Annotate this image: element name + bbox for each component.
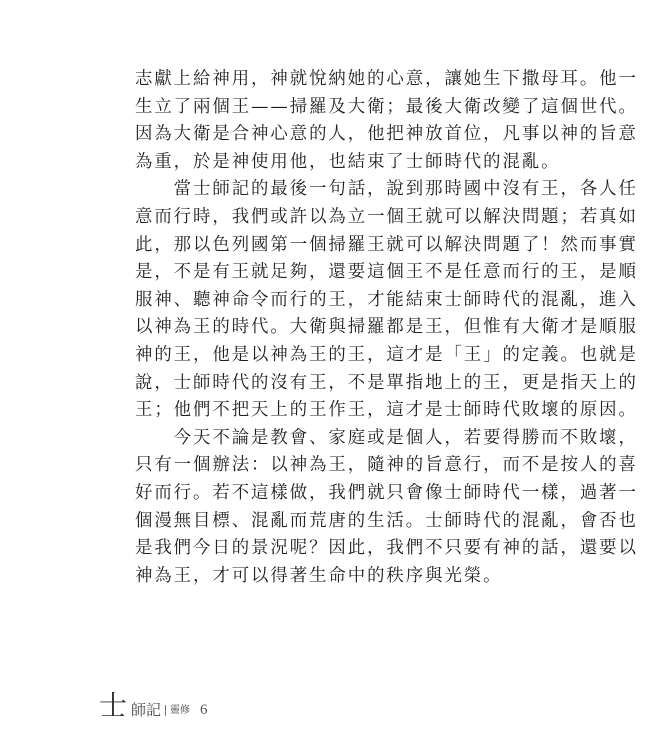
text-line: 是我們今日的景況呢？因此，我們不只要有神的話，還要以 bbox=[135, 535, 527, 563]
text-line: 此，那以色列國第一個掃羅王就可以解決問題了！然而事實 bbox=[135, 232, 527, 260]
text-line: 是，不是有王就足夠，還要這個王不是任意而行的王，是順 bbox=[135, 259, 527, 287]
text-line: 神的王，他是以神為王的王，這才是「王」的定義。也就是 bbox=[135, 342, 527, 370]
text-line: 神為王，才可以得著生命中的秩序與光榮。 bbox=[135, 563, 527, 591]
page-footer: 士 師記 靈修 6 bbox=[99, 690, 208, 720]
text-line: 只有一個辦法：以神為王，隨神的旨意行，而不是按人的喜 bbox=[135, 452, 527, 480]
text-line: 個漫無目標、混亂而荒唐的生活。士師時代的混亂，會否也 bbox=[135, 508, 527, 536]
book-page: 志獻上給神用，神就悅納她的心意，讓她生下撒母耳。他一 生立了兩個王——掃羅及大衛… bbox=[0, 0, 650, 750]
text-line: 好而行。若不這樣做，我們就只會像士師時代一樣，過著一 bbox=[135, 480, 527, 508]
text-line: 王；他們不把天上的王作王，這才是士師時代敗壞的原因。 bbox=[135, 397, 527, 425]
page-number: 6 bbox=[200, 702, 208, 720]
footer-divider bbox=[165, 705, 166, 716]
text-line: 因為大衛是合神心意的人，他把神放首位，凡事以神的旨意 bbox=[135, 121, 527, 149]
text-line: 服神、聽神命令而行的王，才能結束士師時代的混亂，進入 bbox=[135, 287, 527, 315]
body-text: 志獻上給神用，神就悅納她的心意，讓她生下撒母耳。他一 生立了兩個王——掃羅及大衛… bbox=[135, 66, 527, 590]
section-label: 靈修 bbox=[170, 705, 190, 720]
book-title-rest: 師記 bbox=[131, 702, 161, 720]
text-line: 生立了兩個王——掃羅及大衛；最後大衛改變了這個世代。 bbox=[135, 94, 527, 122]
text-line: 今天不論是教會、家庭或是個人，若要得勝而不敗壞， bbox=[135, 425, 527, 453]
text-line: 志獻上給神用，神就悅納她的心意，讓她生下撒母耳。他一 bbox=[135, 66, 527, 94]
text-line: 為重，於是神使用他，也結束了士師時代的混亂。 bbox=[135, 149, 527, 177]
text-line: 以神為王的時代。大衛與掃羅都是王，但惟有大衛才是順服 bbox=[135, 314, 527, 342]
text-line: 意而行時，我們或許以為立一個王就可以解決問題；若真如 bbox=[135, 204, 527, 232]
text-line: 當士師記的最後一句話，說到那時國中沒有王，各人任 bbox=[135, 176, 527, 204]
text-line: 說，士師時代的沒有王，不是單指地上的王，更是指天上的 bbox=[135, 370, 527, 398]
book-title-initial: 士 bbox=[99, 692, 127, 720]
